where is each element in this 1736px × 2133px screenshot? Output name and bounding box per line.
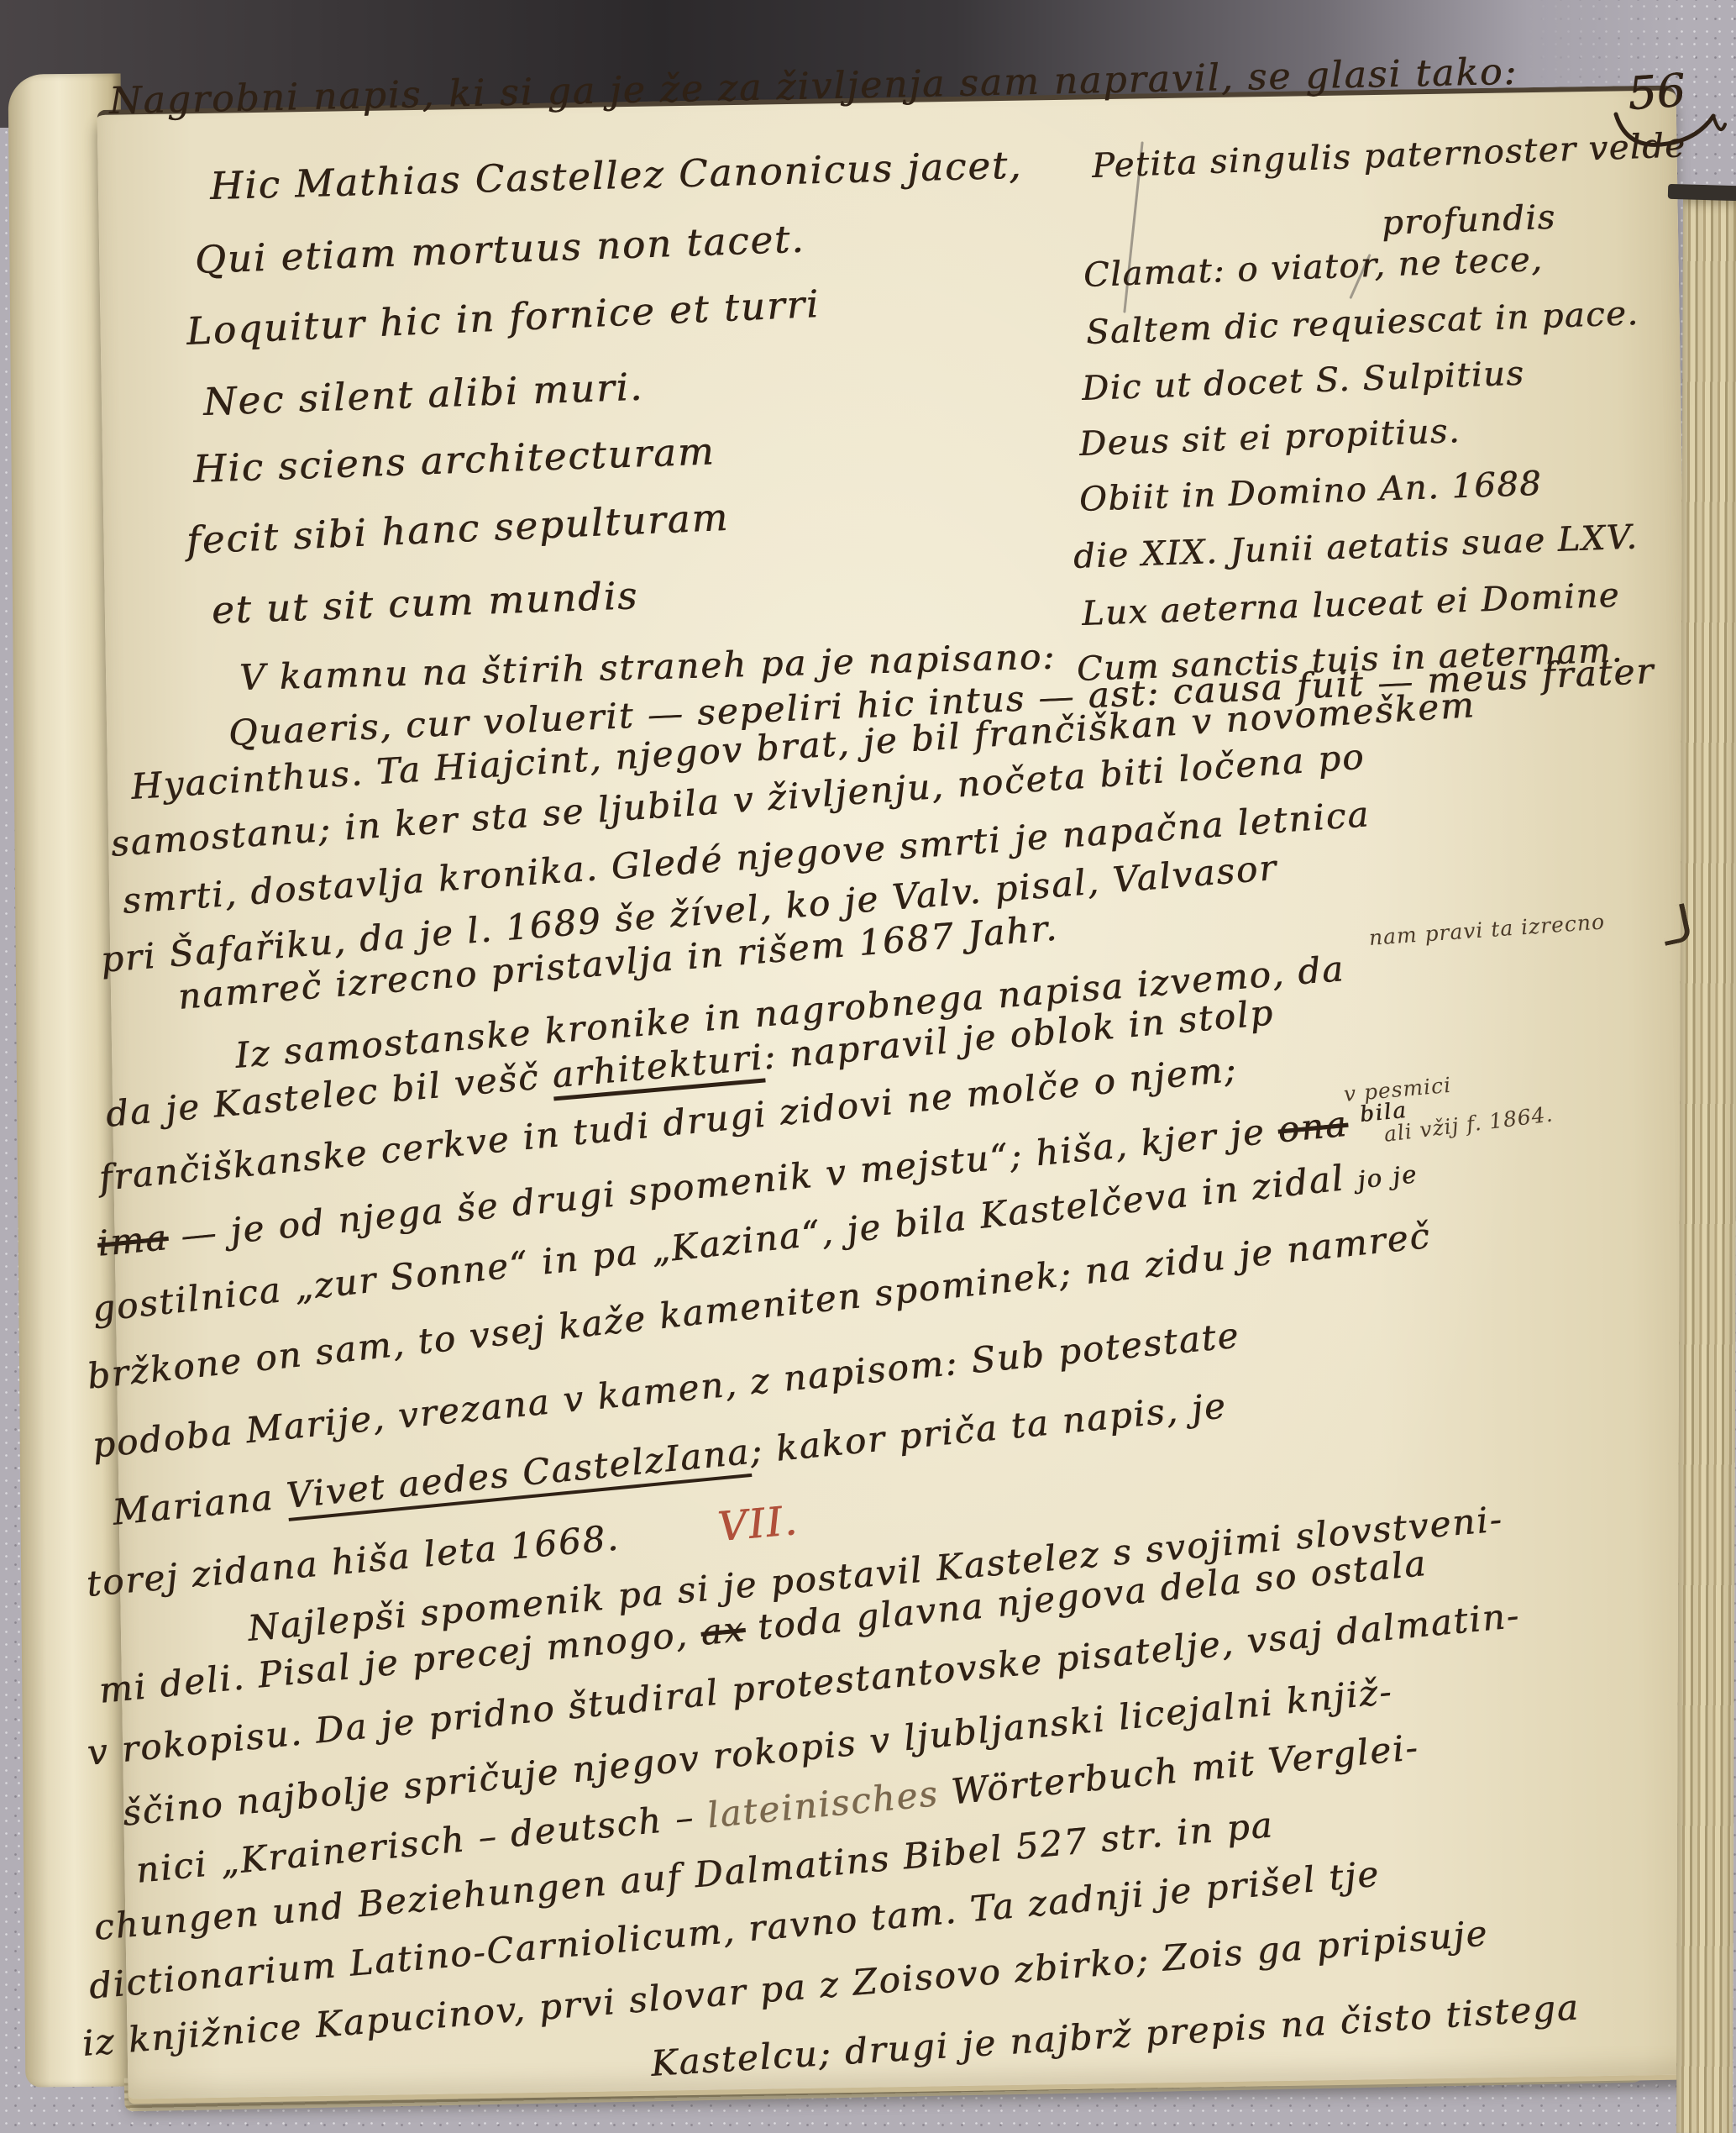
superscript-correction: bila: [1359, 1098, 1408, 1127]
struck-word: ax: [699, 1608, 747, 1653]
squeezed-words: jo je: [1356, 1159, 1419, 1194]
page-number-flourish: [1609, 99, 1735, 158]
manuscript-photo: 56 Nagrobni napis, ki si ga je že za živ…: [0, 0, 1736, 2133]
right-fore-edge: [1676, 195, 1736, 2133]
struck-word: ona: [1276, 1103, 1350, 1151]
red-chapter-mark: VII.: [716, 1497, 800, 1551]
book-cover-edge: [1668, 184, 1736, 201]
struck-word: ima: [96, 1216, 170, 1264]
epitaph-right-line: profundis: [1381, 198, 1556, 243]
